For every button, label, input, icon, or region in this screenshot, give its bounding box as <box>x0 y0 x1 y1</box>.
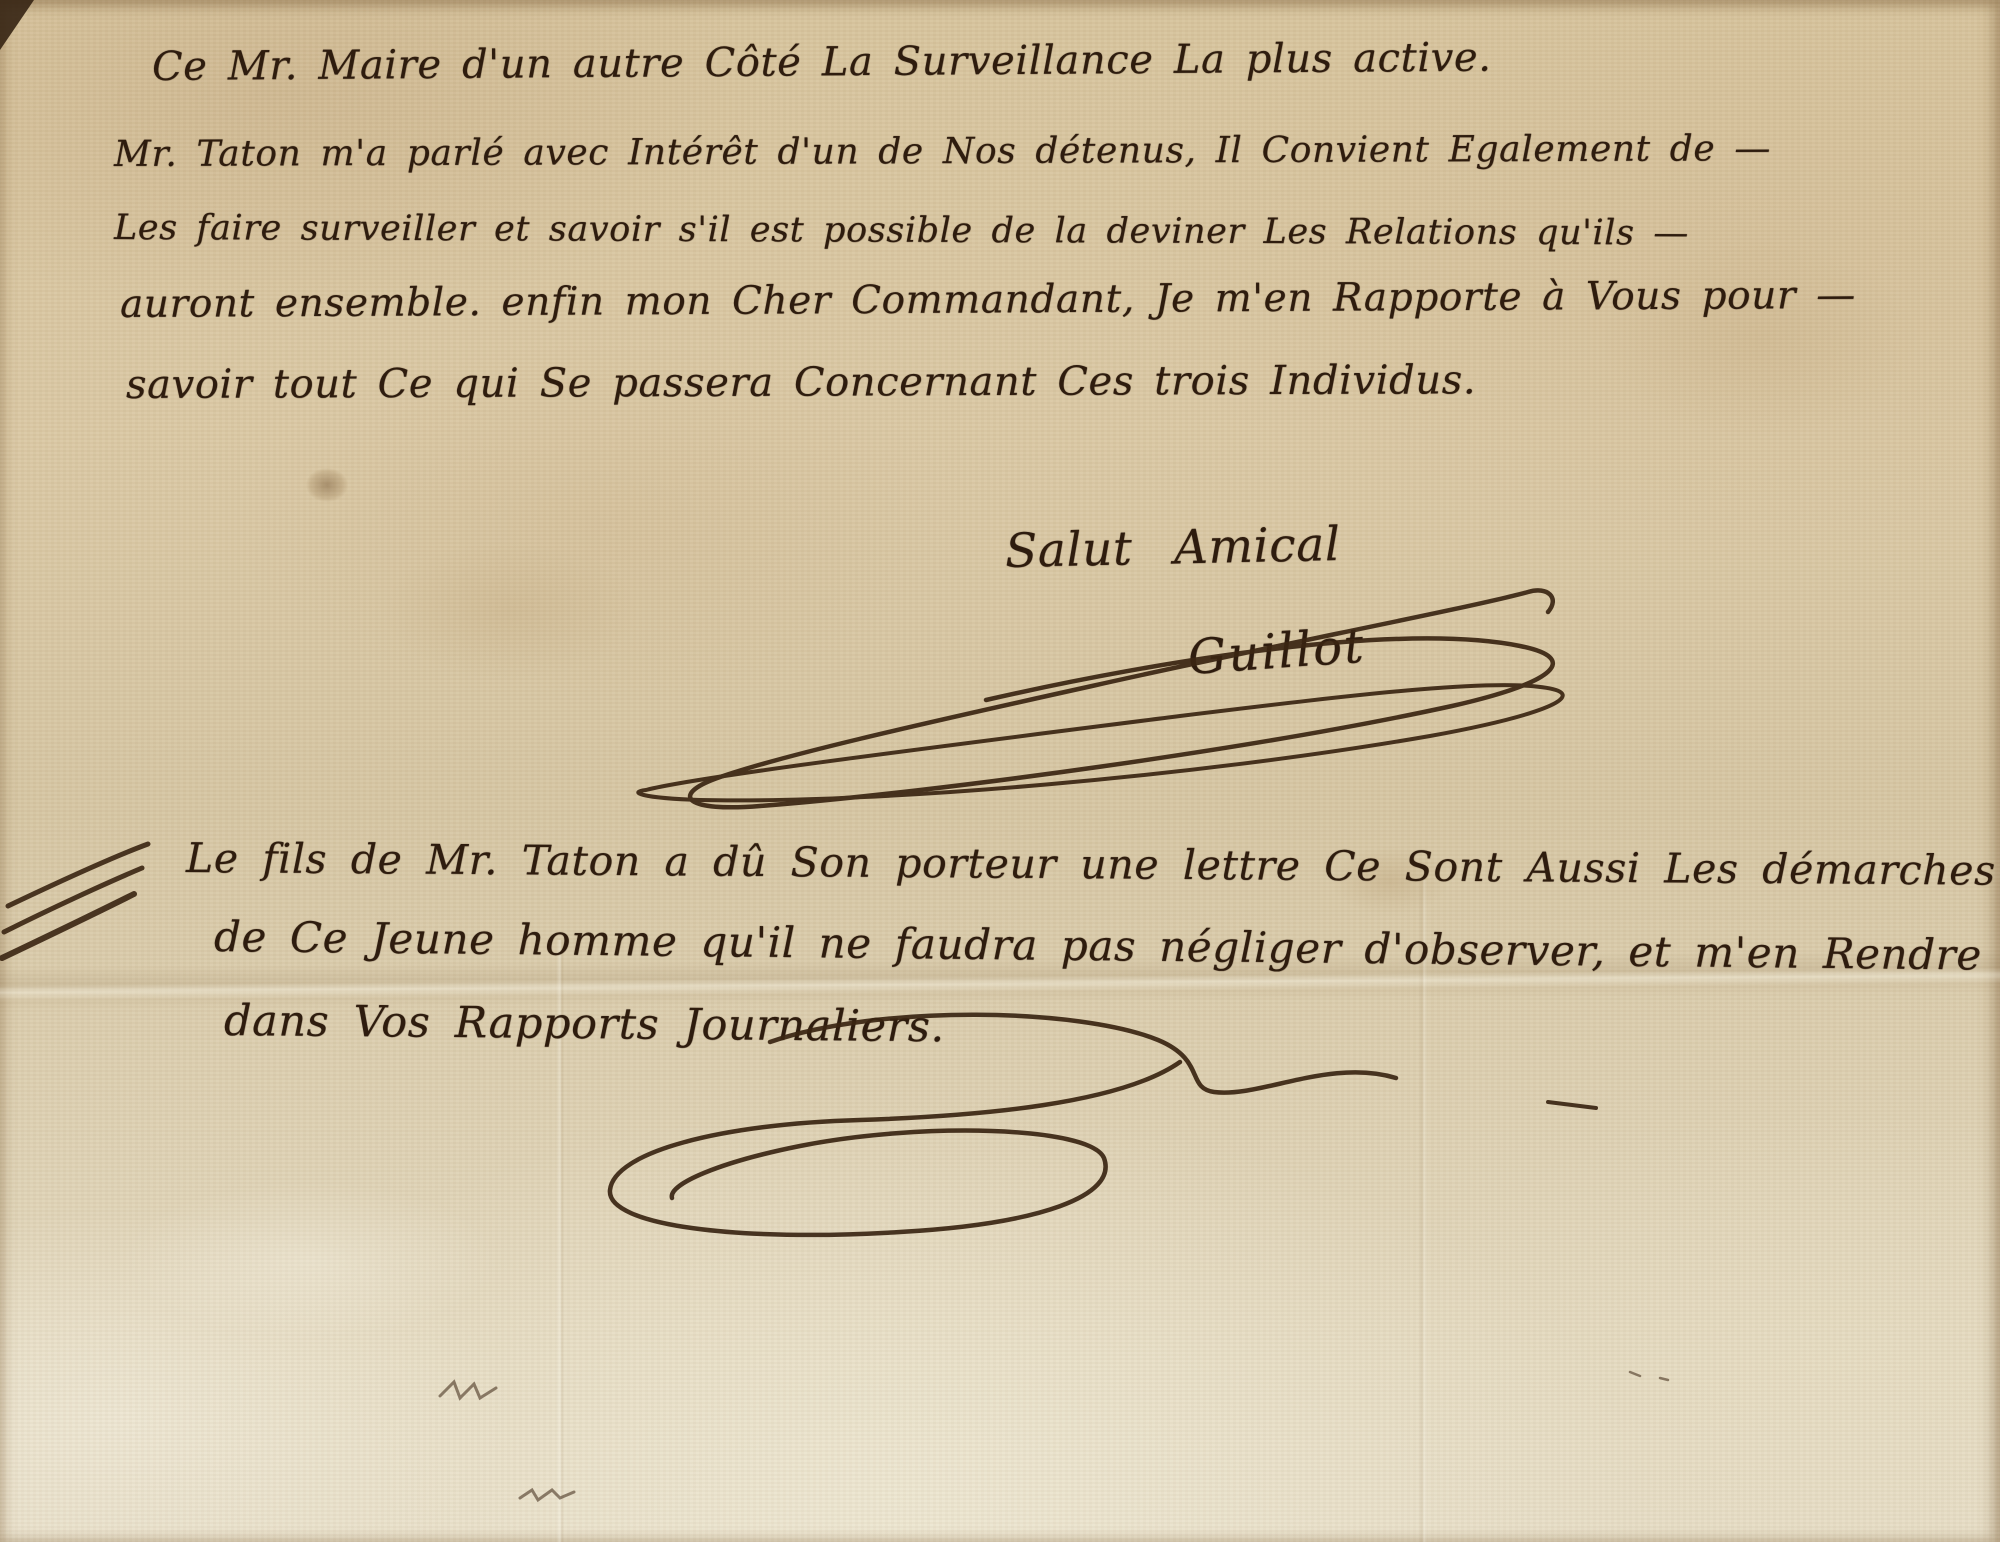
postscript-line-1: Le fils de Mr. Taton a dû Son porteur un… <box>186 834 1996 895</box>
postscript-line-3: dans Vos Rapports Journaliers. <box>224 996 945 1052</box>
manuscript-line-2: Mr. Taton m'a parlé avec Intérêt d'un de… <box>114 128 1771 175</box>
paper-stain <box>380 540 640 680</box>
signature-name: Guillot <box>1186 618 1367 686</box>
ink-stain <box>306 468 348 502</box>
marginal-mark <box>2 844 148 958</box>
vertical-fold-crease-right <box>1418 880 1428 1542</box>
manuscript-line-1: Ce Mr. Maire d'un autre Côté La Surveill… <box>152 35 1492 90</box>
paper-highlight <box>120 1180 500 1340</box>
signature-flourish <box>638 590 1562 807</box>
ink-smudge <box>440 1372 1668 1500</box>
manuscript-line-4: auront ensemble. enfin mon Cher Commanda… <box>120 273 1856 327</box>
closing-salutation: Salut Amical <box>1004 517 1341 579</box>
scan-corner-shadow <box>0 0 34 50</box>
manuscript-line-5: savoir tout Ce qui Se passera Concernant… <box>126 357 1476 408</box>
manuscript-page: Ce Mr. Maire d'un autre Côté La Surveill… <box>0 0 2000 1542</box>
paper-stain <box>1600 240 1920 440</box>
manuscript-line-3: Les faire surveiller et savoir s'il est … <box>114 208 1689 253</box>
